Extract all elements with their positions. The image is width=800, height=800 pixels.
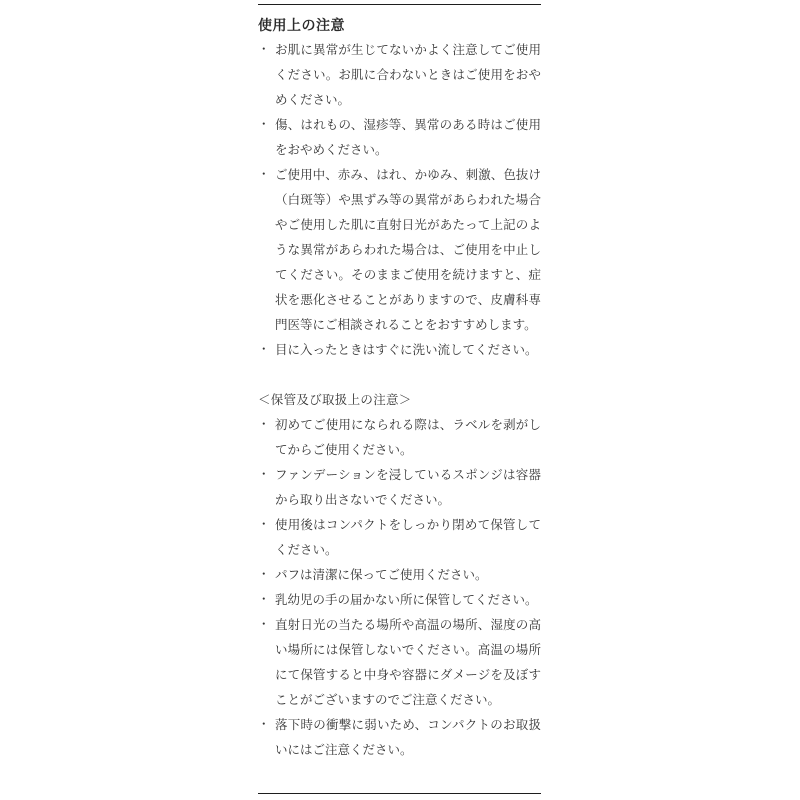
bullet-marker: ・ — [258, 513, 275, 563]
list-item: ・ 落下時の衝撃に弱いため、コンパクトのお取扱いにはご注意ください。 — [258, 713, 541, 763]
list-item: ・ 使用後はコンパクトをしっかり閉めて保管してください。 — [258, 513, 541, 563]
bullet-marker: ・ — [258, 413, 275, 463]
list-item-text: パフは清潔に保ってご使用ください。 — [275, 563, 541, 588]
list-item: ・ 傷、はれもの、湿疹等、異常のある時はご使用をおやめください。 — [258, 113, 541, 163]
list-item: ・ パフは清潔に保ってご使用ください。 — [258, 563, 541, 588]
usage-section-title: 使用上の注意 — [258, 13, 541, 38]
caution-page: 使用上の注意 ・ お肌に異常が生じてないかよく注意してご使用ください。お肌に合わ… — [0, 0, 800, 800]
list-item-text: 落下時の衝撃に弱いため、コンパクトのお取扱いにはご注意ください。 — [275, 713, 541, 763]
bullet-marker: ・ — [258, 563, 275, 588]
bullet-marker: ・ — [258, 38, 275, 113]
bottom-divider — [258, 793, 541, 794]
storage-section-title: ＜保管及び取扱上の注意＞ — [258, 388, 541, 413]
list-item-text: 直射日光の当たる場所や高温の場所、湿度の高い場所には保管しないでください。高温の… — [275, 613, 541, 713]
list-item-text: 傷、はれもの、湿疹等、異常のある時はご使用をおやめください。 — [275, 113, 541, 163]
bullet-marker: ・ — [258, 463, 275, 513]
list-item: ・ 乳幼児の手の届かない所に保管してください。 — [258, 588, 541, 613]
list-item-text: お肌に異常が生じてないかよく注意してご使用ください。お肌に合わないときはご使用を… — [275, 38, 541, 113]
bullet-marker: ・ — [258, 588, 275, 613]
list-item: ・ お肌に異常が生じてないかよく注意してご使用ください。お肌に合わないときはご使… — [258, 38, 541, 113]
bullet-marker: ・ — [258, 113, 275, 163]
list-item-text: 目に入ったときはすぐに洗い流してください。 — [275, 338, 541, 363]
list-item-text: 乳幼児の手の届かない所に保管してください。 — [275, 588, 541, 613]
bullet-marker: ・ — [258, 163, 275, 338]
list-item-text: ご使用中、赤み、はれ、かゆみ、刺激、色抜け（白斑等）や黒ずみ等の異常があらわれた… — [275, 163, 541, 338]
caution-document: 使用上の注意 ・ お肌に異常が生じてないかよく注意してご使用ください。お肌に合わ… — [258, 0, 541, 763]
list-item-text: 使用後はコンパクトをしっかり閉めて保管してください。 — [275, 513, 541, 563]
list-item: ・ ファンデーションを浸しているスポンジは容器から取り出さないでください。 — [258, 463, 541, 513]
list-item-text: ファンデーションを浸しているスポンジは容器から取り出さないでください。 — [275, 463, 541, 513]
list-item: ・ 直射日光の当たる場所や高温の場所、湿度の高い場所には保管しないでください。高… — [258, 613, 541, 713]
bullet-marker: ・ — [258, 713, 275, 763]
list-item-text: 初めてご使用になられる際は、ラベルを剥がしてからご使用ください。 — [275, 413, 541, 463]
storage-caution-list: ・ 初めてご使用になられる際は、ラベルを剥がしてからご使用ください。 ・ ファン… — [258, 413, 541, 763]
top-divider — [258, 4, 541, 5]
list-item: ・ 目に入ったときはすぐに洗い流してください。 — [258, 338, 541, 363]
list-item: ・ ご使用中、赤み、はれ、かゆみ、刺激、色抜け（白斑等）や黒ずみ等の異常があらわ… — [258, 163, 541, 338]
list-item: ・ 初めてご使用になられる際は、ラベルを剥がしてからご使用ください。 — [258, 413, 541, 463]
bullet-marker: ・ — [258, 338, 275, 363]
usage-caution-list: ・ お肌に異常が生じてないかよく注意してご使用ください。お肌に合わないときはご使… — [258, 38, 541, 363]
bullet-marker: ・ — [258, 613, 275, 713]
